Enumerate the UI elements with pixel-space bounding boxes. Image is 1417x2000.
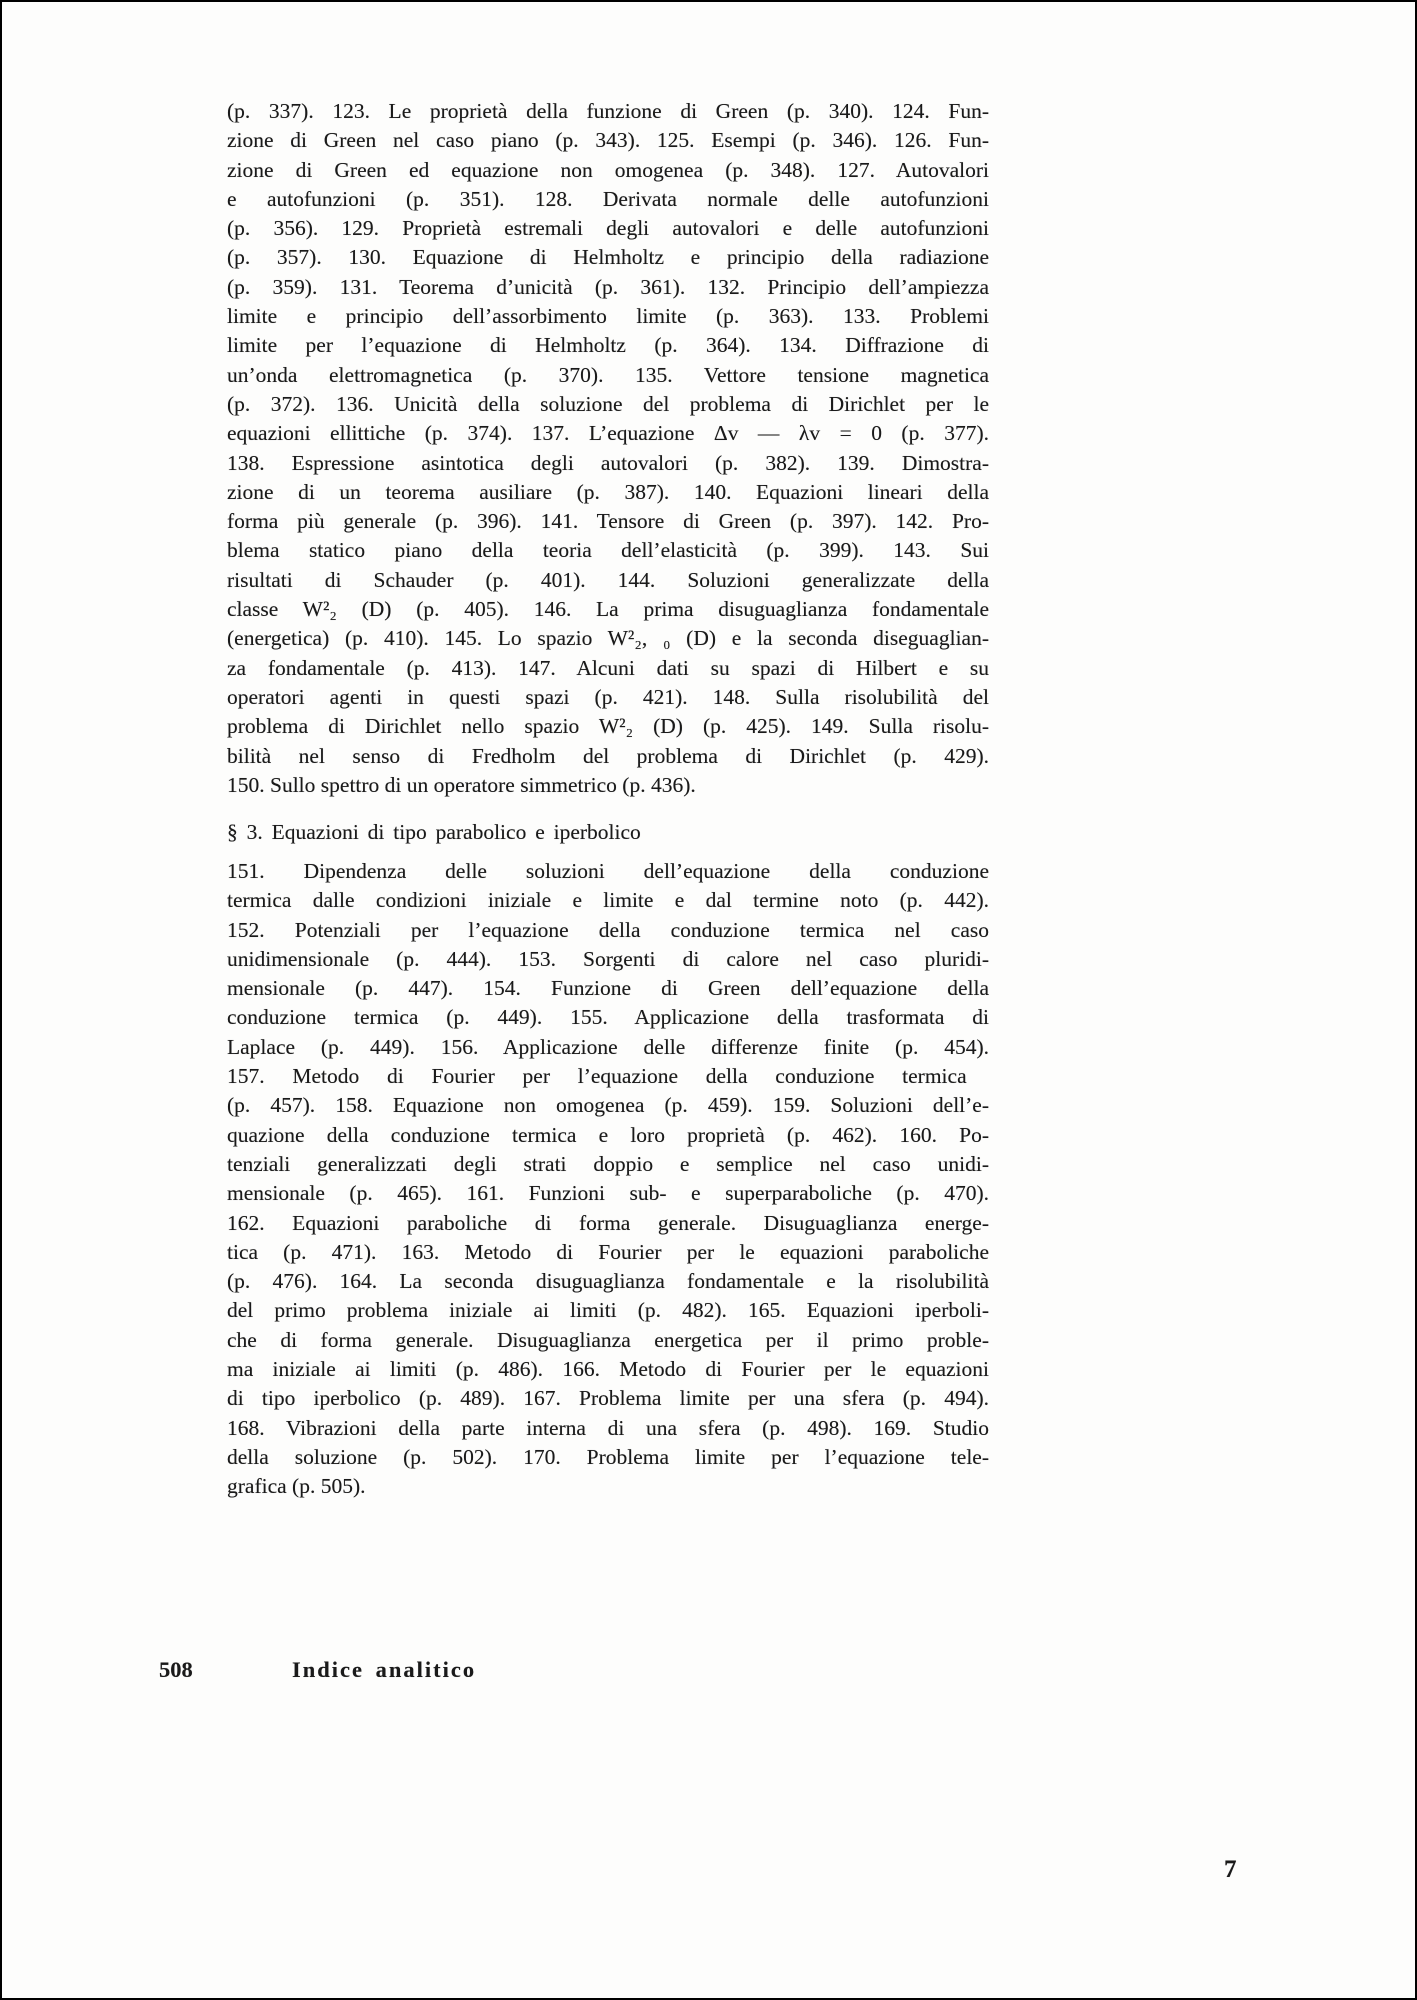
index-line: quazione della conduzione termica e loro… <box>227 1121 989 1150</box>
index-line: mensionale (p. 447). 154. Funzione di Gr… <box>227 974 989 1003</box>
index-line: ma iniziale ai limiti (p. 486). 166. Met… <box>227 1355 989 1384</box>
index-line: mensionale (p. 465). 161. Funzioni sub- … <box>227 1179 989 1208</box>
index-line: termica dalle condizioni iniziale e limi… <box>227 886 989 915</box>
index-line: 152. Potenziali per l’equazione della co… <box>227 916 989 945</box>
index-line: Laplace (p. 449). 156. Applicazione dell… <box>227 1033 989 1062</box>
index-line: limite per l’equazione di Helmholtz (p. … <box>227 331 989 360</box>
index-line: (p. 356). 129. Proprietà estremali degli… <box>227 214 989 243</box>
index-line: e autofunzioni (p. 351). 128. Derivata n… <box>227 185 989 214</box>
index-line: (p. 359). 131. Teorema d’unicità (p. 361… <box>227 273 989 302</box>
index-line: 168. Vibrazioni della parte interna di u… <box>227 1414 989 1443</box>
index-line: za fondamentale (p. 413). 147. Alcuni da… <box>227 654 989 683</box>
footer-page-number: 508 <box>159 1655 193 1685</box>
index-continuation-paragraph: (p. 337). 123. Le proprietà della funzio… <box>227 97 989 800</box>
footer-running-title: Indice analitico <box>292 1655 476 1685</box>
index-line: zione di Green ed equazione non omogenea… <box>227 156 989 185</box>
index-line: della soluzione (p. 502). 170. Problema … <box>227 1443 989 1472</box>
index-line: (p. 476). 164. La seconda disuguaglianza… <box>227 1267 989 1296</box>
index-line: bilità nel senso di Fredholm del problem… <box>227 742 989 771</box>
index-line: (p. 357). 130. Equazione di Helmholtz e … <box>227 243 989 272</box>
index-line: (p. 337). 123. Le proprietà della funzio… <box>227 97 989 126</box>
index-line: di tipo iperbolico (p. 489). 167. Proble… <box>227 1384 989 1413</box>
index-line: classe W²₂ (D) (p. 405). 146. La prima d… <box>227 595 989 624</box>
index-line: conduzione termica (p. 449). 155. Applic… <box>227 1003 989 1032</box>
index-line: unidimensionale (p. 444). 153. Sorgenti … <box>227 945 989 974</box>
index-line: tica (p. 471). 163. Metodo di Fourier pe… <box>227 1238 989 1267</box>
index-line: tenziali generalizzati degli strati dopp… <box>227 1150 989 1179</box>
index-line: risultati di Schauder (p. 401). 144. Sol… <box>227 566 989 595</box>
section-heading: § 3. Equazioni di tipo parabolico e iper… <box>227 818 989 847</box>
index-line: 157. Metodo di Fourier per l’equazione d… <box>227 1062 989 1091</box>
index-line: operatori agenti in questi spazi (p. 421… <box>227 683 989 712</box>
index-line: equazioni ellittiche (p. 374). 137. L’eq… <box>227 419 989 448</box>
index-line: (p. 372). 136. Unicità della soluzione d… <box>227 390 989 419</box>
index-line: forma più generale (p. 396). 141. Tensor… <box>227 507 989 536</box>
index-line: 150. Sullo spettro di un operatore simme… <box>227 771 989 800</box>
index-line: 162. Equazioni paraboliche di forma gene… <box>227 1209 989 1238</box>
index-line: 138. Espressione asintotica degli autova… <box>227 449 989 478</box>
index-line: un’onda elettromagnetica (p. 370). 135. … <box>227 361 989 390</box>
index-line: blema statico piano della teoria dell’el… <box>227 536 989 565</box>
scanned-book-page: (p. 337). 123. Le proprietà della funzio… <box>0 0 1417 2000</box>
index-line: limite e principio dell’assorbimento lim… <box>227 302 989 331</box>
index-line: del primo problema iniziale ai limiti (p… <box>227 1296 989 1325</box>
index-line: grafica (p. 505). <box>227 1472 989 1501</box>
index-line: che di forma generale. Disuguaglianza en… <box>227 1326 989 1355</box>
index-line: problema di Dirichlet nello spazio W²₂ (… <box>227 712 989 741</box>
corner-page-number: 7 <box>1224 1855 1237 1885</box>
index-line: (energetica) (p. 410). 145. Lo spazio W²… <box>227 624 989 653</box>
index-line: zione di Green nel caso piano (p. 343). … <box>227 126 989 155</box>
index-line: 151. Dipendenza delle soluzioni dell’equ… <box>227 857 989 886</box>
index-line: (p. 457). 158. Equazione non omogenea (p… <box>227 1091 989 1120</box>
section-paragraph: 151. Dipendenza delle soluzioni dell’equ… <box>227 857 989 1502</box>
index-line: zione di un teorema ausiliare (p. 387). … <box>227 478 989 507</box>
